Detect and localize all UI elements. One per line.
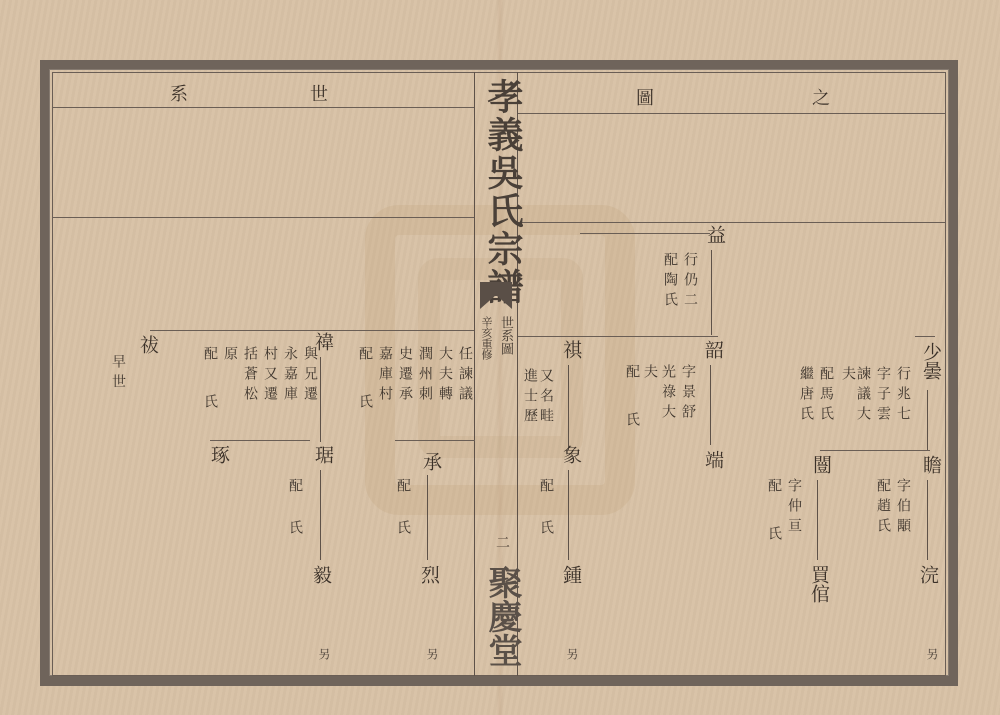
shaotan-children-connector [820, 450, 930, 451]
line-zhan-huan [927, 480, 928, 560]
line-xiang-zhong [568, 470, 569, 560]
note-shaotan-5: 配馬氏 [816, 366, 836, 426]
gen1-connector-right-b [915, 336, 935, 337]
edition-mark: 辛亥重修 [478, 316, 494, 360]
yi-cheng-connector [395, 440, 475, 441]
person-xiang: 象 [558, 445, 585, 464]
note-yi2-3: 潤州刺 [415, 346, 435, 406]
band-rule-left [52, 217, 474, 218]
note-kai-1: 字仲亘 [784, 478, 804, 538]
person-duan: 端 [700, 450, 727, 469]
header-rule-left [52, 107, 474, 108]
person-zhong: 鍾 [558, 565, 585, 584]
note-yi2-6: 配 [355, 346, 375, 366]
band-rule-right [518, 222, 946, 223]
person-kai: 闓 [808, 455, 835, 474]
note-shaotan-1: 行兆七 [893, 366, 913, 426]
person-yi3: 毅 [308, 565, 335, 584]
header-char-tu: 圖 [636, 84, 654, 110]
line-yi-shao [711, 250, 712, 335]
person-shaotan: 少曇 [918, 342, 945, 380]
note-qi-2: 進士歷 [520, 368, 540, 428]
genealogy-title: 孝義吳氏宗譜 [478, 78, 529, 306]
note-zhan-1: 字伯顒 [893, 478, 913, 538]
note-yi2-1: 任諫議 [455, 346, 475, 406]
note-yi2-7: 氏 [355, 394, 375, 414]
note-shaotan-6: 繼唐氏 [796, 366, 816, 426]
fishtail-mark [480, 295, 512, 309]
person-yi: 益 [702, 225, 729, 244]
yi-connector [580, 233, 710, 234]
note-fu-1: 早世 [108, 354, 128, 394]
line-qi-xiang [568, 365, 569, 450]
person-lie: 烈 [416, 565, 443, 584]
note-ju-5: 原 [220, 346, 240, 366]
note-ju-4: 括蒼松 [240, 346, 260, 406]
note-shao-5: 氏 [622, 412, 642, 432]
note-kai-2: 配 [764, 478, 784, 498]
footer-mark-3: 另 [564, 648, 581, 660]
footer-mark-1: 另 [316, 648, 333, 660]
note-ju-6: 配 [200, 346, 220, 366]
note-ju-7: 氏 [200, 394, 220, 414]
person-zhan: 瞻 [918, 455, 945, 474]
gen1-connector-left [150, 330, 474, 331]
note-zhuo-2: 氏 [285, 520, 305, 540]
note-xiang-1: 配 [536, 478, 556, 498]
volume-mark: 世系圖 [496, 316, 515, 355]
note-ju-2: 永嘉庫 [280, 346, 300, 406]
person-cheng: 承 [418, 452, 445, 471]
line-yi2-ju [320, 357, 321, 442]
line-ju-yi [320, 470, 321, 560]
header-char-zhi: 之 [812, 84, 830, 110]
page-number: 二 [492, 535, 512, 549]
header-char-shi: 世 [310, 80, 328, 106]
footer-mark-2: 另 [424, 648, 441, 660]
note-shaotan-2: 字子雲 [873, 366, 893, 426]
footer-mark-4: 另 [924, 648, 941, 660]
note-yi2-4: 史遷承 [395, 346, 415, 406]
line-shaotan [927, 390, 928, 450]
person-fu: 祓 [135, 335, 162, 354]
note-shao-2: 光祿大 [658, 364, 678, 424]
person-huan: 浣 [915, 565, 942, 584]
line-cheng-lie [427, 475, 428, 560]
note-zhan-2: 配趙氏 [873, 478, 893, 538]
line-kai-mai [817, 480, 818, 560]
note-yi-1: 行仍二 [680, 252, 700, 312]
person-maiguan: 買倌 [806, 565, 833, 603]
note-shao-4: 配 [622, 364, 642, 384]
person-qi: 祺 [558, 340, 585, 359]
note-kai-3: 氏 [764, 526, 784, 546]
note-cheng-2: 氏 [393, 520, 413, 540]
yi-bracket [655, 336, 710, 337]
note-shaotan-4: 夫 [838, 366, 858, 386]
hall-name: 聚慶堂 [478, 565, 527, 667]
note-shao-3: 夫 [640, 364, 660, 384]
header-rule-right [518, 113, 946, 114]
line-shao-duan [710, 365, 711, 445]
note-xiang-2: 氏 [536, 520, 556, 540]
note-zhuo-1: 配 [285, 478, 305, 498]
note-yi2-2: 大夫轉 [435, 346, 455, 406]
ju-zhuo-connector [210, 440, 310, 441]
header-char-xi: 系 [170, 80, 188, 106]
note-cheng-1: 配 [393, 478, 413, 498]
note-yi2-5: 嘉庫村 [375, 346, 395, 406]
note-ju-1: 與兄遷 [300, 346, 320, 406]
fishtail-mark-top [480, 282, 512, 296]
person-ju: 琚 [310, 445, 337, 464]
person-shao: 韶 [700, 340, 727, 359]
note-yi-2: 配陶氏 [660, 252, 680, 312]
person-zhuo: 琢 [206, 445, 233, 464]
note-shao-1: 字景舒 [678, 364, 698, 424]
note-ju-3: 村又遷 [260, 346, 280, 406]
